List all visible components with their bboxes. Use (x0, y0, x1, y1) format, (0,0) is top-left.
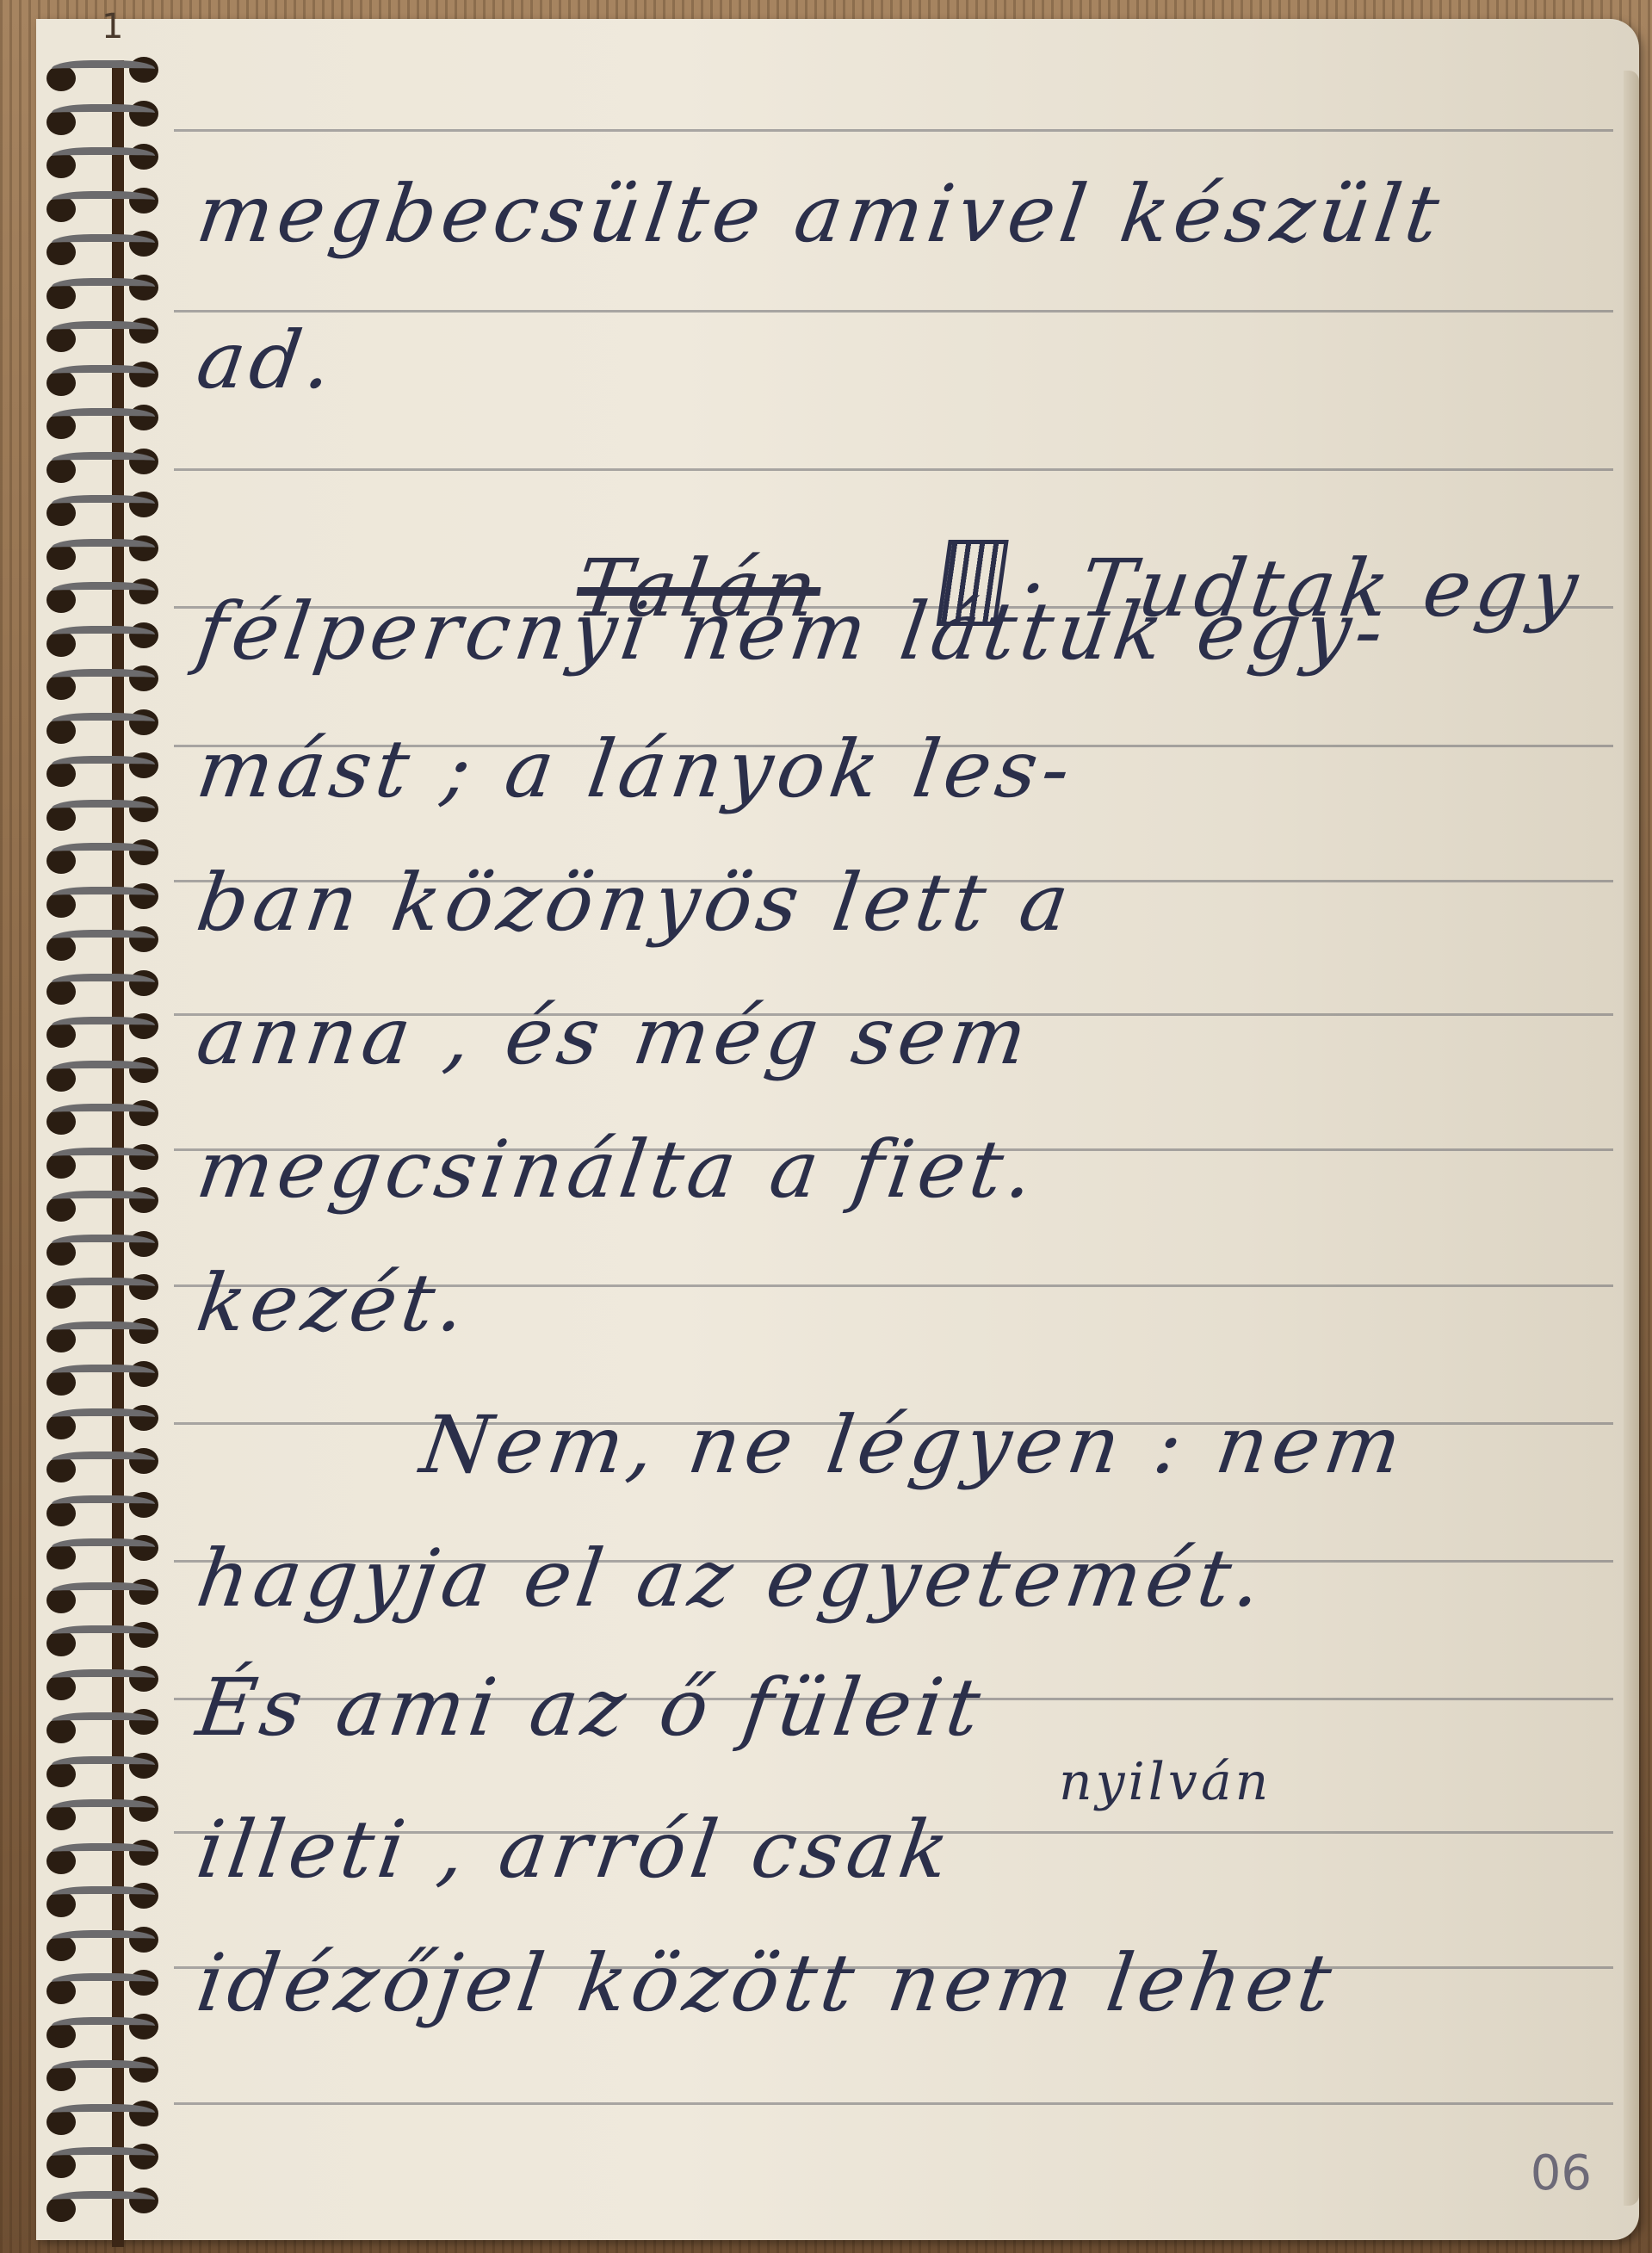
spiral-coil (52, 1799, 155, 1810)
spiral-coil (52, 1104, 155, 1115)
page-number: 06 (1531, 2145, 1592, 2201)
spiral-coil (52, 1235, 155, 1246)
spiral-coil (52, 930, 155, 941)
spiral-coil (52, 626, 155, 637)
spiral-coil (52, 1973, 155, 1984)
spiral-coil (52, 104, 155, 115)
spiral-coil (52, 234, 155, 245)
handwritten-line-5: mást ; a lányok les- (191, 723, 1080, 815)
page-edge (1624, 71, 1639, 2206)
spiral-coil (52, 1669, 155, 1680)
spiral-coil (52, 321, 155, 332)
spiral-coil (52, 1538, 155, 1550)
spiral-coil (52, 2060, 155, 2071)
spiral-coil (52, 800, 155, 811)
spiral-coil (52, 582, 155, 593)
spiral-coil (52, 278, 155, 289)
handwritten-line-6: ban közönyös lett a (191, 857, 1079, 949)
spiral-coil (52, 1408, 155, 1420)
handwritten-line-1: megbecsülte amivel készült (191, 168, 1449, 260)
spiral-coil (52, 1886, 155, 1897)
spiral-coil (52, 1712, 155, 1724)
spiral-coil (52, 408, 155, 419)
spiral-coil (52, 1625, 155, 1637)
spiral-coil (52, 2104, 155, 2115)
spiral-coil (52, 495, 155, 506)
spiral-coil (52, 2147, 155, 2158)
spiral-coil (52, 60, 155, 71)
spiral-coil (52, 1843, 155, 1854)
spiral-coil (52, 1191, 155, 1202)
spiral-coil (52, 974, 155, 985)
spiral-coil (52, 843, 155, 854)
spiral-coil (52, 1148, 155, 1159)
handwritten-line-4: félpercnyi nem láttuk egy- (191, 585, 1394, 678)
spiral-coil (52, 191, 155, 202)
spiral-coil (52, 1365, 155, 1376)
spiral-coil (52, 669, 155, 680)
handwritten-line-12: És ami az ő füleit (191, 1662, 990, 1754)
handwritten-line-13: illeti , arról csak (191, 1804, 959, 1896)
spiral-coil (52, 713, 155, 724)
spiral-binding (34, 34, 146, 2238)
handwritten-line-11: hagyja el az egyetemét. (191, 1532, 1271, 1625)
handwritten-line-2: ad. (191, 314, 343, 406)
spiral-coil (52, 147, 155, 158)
ruled-line (174, 129, 1613, 132)
spiral-coil (52, 539, 155, 550)
spiral-coil (52, 1582, 155, 1594)
handwritten-line-10: Nem, ne légyen : nem (415, 1399, 1412, 1491)
spiral-coil (52, 1451, 155, 1463)
ruled-line (174, 2102, 1613, 2105)
spiral-coil (52, 1495, 155, 1507)
handwritten-line-9: kezét. (191, 1257, 475, 1349)
spiral-coil (52, 2017, 155, 2028)
spiral-coil (52, 2191, 155, 2202)
spiral-coil (52, 365, 155, 376)
spiral-coil (52, 756, 155, 767)
spiral-coil (52, 1321, 155, 1333)
interlinear-insertion: nyilván (1059, 1752, 1271, 1812)
spiral-coil (52, 1278, 155, 1289)
spiral-coil (52, 452, 155, 463)
spiral-coil (52, 1930, 155, 1941)
spiral-coil (52, 1061, 155, 1072)
handwritten-line-7: anna , és még sem (191, 990, 1037, 1082)
spiral-coil (52, 887, 155, 898)
spiral-coil (52, 1756, 155, 1767)
ruled-line (174, 310, 1613, 313)
handwritten-line-14: idézőjel között nem lehet (191, 1937, 1341, 2029)
handwritten-line-8: megcsinálta a fiet. (191, 1123, 1044, 1216)
spiral-coil (52, 1017, 155, 1028)
